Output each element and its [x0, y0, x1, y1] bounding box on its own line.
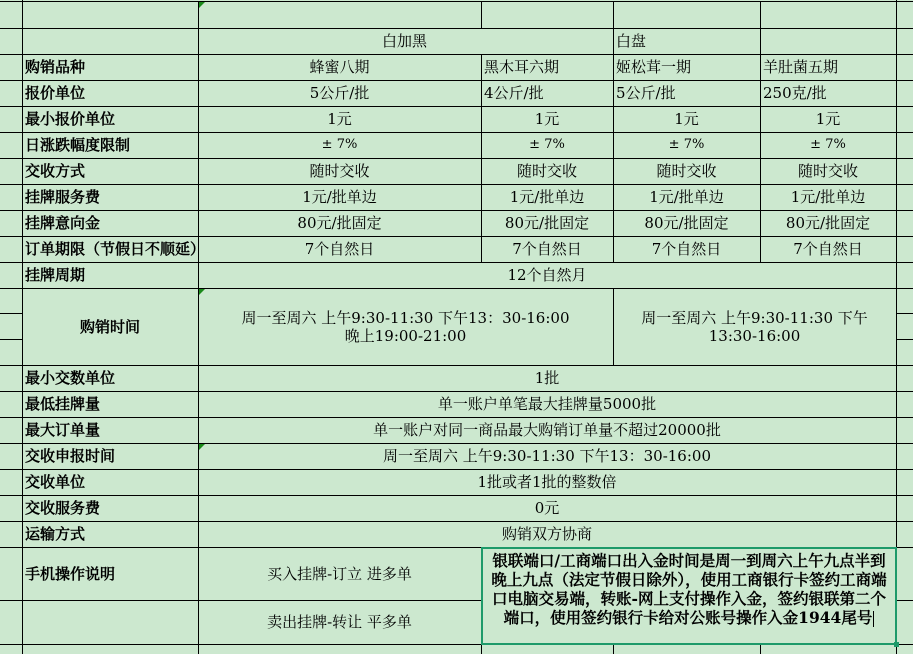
row-label-settlement-method[interactable]: 交收方式: [22, 158, 199, 185]
cell-quote-unit[interactable]: 5公斤/批: [613, 80, 761, 107]
group-header-text: 白盘: [616, 32, 646, 50]
gutter-line: [0, 236, 22, 237]
cell-delivery-fee[interactable]: 0元: [198, 495, 897, 522]
cell-listing-deposit[interactable]: 80元/批固定: [198, 210, 482, 237]
gutter-line: [0, 495, 22, 496]
cell-daily-limit[interactable]: ± 7%: [613, 132, 761, 159]
cell-empty[interactable]: [613, 2, 761, 29]
cell-min-tick[interactable]: 1元: [613, 106, 761, 133]
gutter-line: [896, 80, 913, 81]
group-header-text: 白加黑: [382, 32, 427, 50]
cell-empty[interactable]: [760, 2, 897, 29]
gutter-line: [0, 54, 22, 55]
cell-trading-time-left[interactable]: 周一至周六 上午9:30-11:30 下午13：30-16:00 晚上19:00…: [198, 288, 614, 366]
cell-mobile-ops-sell[interactable]: 卖出挂牌-转让 平多单: [198, 600, 482, 645]
row-label-delivery-fee[interactable]: 交收服务费: [22, 495, 199, 522]
gutter-line: [896, 495, 913, 496]
row-label-min-trade-unit[interactable]: 最小交数单位: [22, 365, 199, 392]
text-box-deposit-instructions[interactable]: 银联端口/工商端口出入金时间是周一到周六上午九点半到晚上九点（法定节假日除外），…: [481, 547, 897, 645]
gutter-line: [896, 313, 913, 314]
cell-order-term[interactable]: 7个自然日: [481, 236, 614, 263]
comment-marker-icon: [199, 289, 205, 295]
gutter-line: [0, 443, 22, 444]
cell-mobile-ops-buy[interactable]: 买入挂牌-订立 进多单: [198, 547, 482, 601]
gutter-line: [0, 469, 22, 470]
row-label-listing-period[interactable]: 挂牌周期: [22, 262, 199, 289]
cell-order-term[interactable]: 7个自然日: [613, 236, 761, 263]
cell-empty[interactable]: [760, 28, 897, 55]
gutter-line: [896, 158, 913, 159]
gutter-line: [0, 417, 22, 418]
cell-variety[interactable]: 羊肚菌五期: [760, 54, 897, 81]
trading-time-right-line2: 13:30-16:00: [709, 327, 801, 345]
trading-time-left-line1: 周一至周六 上午9:30-11:30 下午13：30-16:00: [242, 309, 570, 327]
gutter-line: [0, 288, 22, 289]
cell-order-term[interactable]: 7个自然日: [198, 236, 482, 263]
cell-empty[interactable]: [22, 644, 199, 654]
gutter-line: [896, 443, 913, 444]
cell-empty[interactable]: [198, 644, 482, 654]
row-label-daily-limit[interactable]: 日涨跌幅度限制: [22, 132, 199, 159]
gutter-line: [896, 262, 913, 263]
gutter-line: [896, 365, 913, 366]
row-label-max-order[interactable]: 最大订单量: [22, 417, 199, 444]
resize-handle[interactable]: [894, 642, 899, 647]
cell-listing-deposit[interactable]: 80元/批固定: [481, 210, 614, 237]
trading-time-right-line1: 周一至周六 上午9:30-11:30 下午: [641, 309, 868, 327]
cell-min-listing[interactable]: 单一账户单笔最大挂牌量5000批: [198, 391, 897, 418]
cell-variety[interactable]: 黑木耳六期: [481, 54, 614, 81]
cell-listing-fee[interactable]: 1元/批单边: [481, 184, 614, 211]
gutter-line: [896, 54, 913, 55]
cell-min-trade-unit[interactable]: 1批: [198, 365, 897, 392]
gutter-line: [0, 28, 22, 29]
gutter-line: [0, 106, 22, 107]
gutter-line: [896, 469, 913, 470]
cell-settlement-method[interactable]: 随时交收: [481, 158, 614, 185]
gutter-line: [0, 521, 22, 522]
gutter-line: [896, 106, 913, 107]
group-header-baipan[interactable]: 白盘: [613, 28, 761, 55]
gutter-line: [0, 600, 22, 601]
cell-quote-unit[interactable]: 4公斤/批: [481, 80, 614, 107]
cell-quote-unit[interactable]: 250克/批: [760, 80, 897, 107]
cell-empty[interactable]: [22, 28, 199, 55]
cell-empty[interactable]: [198, 2, 482, 29]
gutter-line: [896, 184, 913, 185]
cell-transport[interactable]: 购销双方协商: [198, 521, 897, 548]
cell-listing-fee[interactable]: 1元/批单边: [760, 184, 897, 211]
cell-settlement-method[interactable]: 随时交收: [613, 158, 761, 185]
cell-empty[interactable]: [481, 2, 614, 29]
cell-min-tick[interactable]: 1元: [198, 106, 482, 133]
text-cursor: [873, 611, 874, 627]
cell-daily-limit[interactable]: ± 7%: [198, 132, 482, 159]
cell-trading-time-right[interactable]: 周一至周六 上午9:30-11:30 下午 13:30-16:00: [613, 288, 897, 366]
gutter-line: [0, 644, 22, 645]
row-label-transport[interactable]: 运输方式: [22, 521, 199, 548]
row-label-listing-deposit[interactable]: 挂牌意向金: [22, 210, 199, 237]
gutter-line: [0, 80, 22, 81]
gutter-line: [896, 417, 913, 418]
text-box-content: 银联端口/工商端口出入金时间是周一到周六上午九点半到晚上九点（法定节假日除外），…: [491, 551, 886, 627]
row-label-min-listing[interactable]: 最低挂牌量: [22, 391, 199, 418]
row-label-delivery-unit[interactable]: 交收单位: [22, 469, 199, 496]
comment-marker-icon: [199, 444, 205, 450]
cell-empty[interactable]: [613, 644, 761, 654]
row-label-min-tick[interactable]: 最小报价单位: [22, 106, 199, 133]
cell-quote-unit[interactable]: 5公斤/批: [198, 80, 482, 107]
gutter-line: [0, 313, 22, 314]
row-label-mobile-ops[interactable]: 手机操作说明: [22, 547, 199, 601]
gutter-line: [0, 391, 22, 392]
row-label-variety[interactable]: 购销品种: [22, 54, 199, 81]
cell-variety[interactable]: 蜂蜜八期: [198, 54, 482, 81]
gutter-line: [896, 288, 913, 289]
cell-empty[interactable]: [481, 644, 614, 654]
gutter-line: [0, 262, 22, 263]
gutter-line: [896, 210, 913, 211]
row-label-trading-time[interactable]: 购销时间: [22, 288, 199, 366]
gutter-line: [0, 210, 22, 211]
cell-max-order[interactable]: 单一账户对同一商品最大购销订单量不超过20000批: [198, 417, 897, 444]
cell-delivery-unit[interactable]: 1批或者1批的整数倍: [198, 469, 897, 496]
gutter-line: [0, 132, 22, 133]
gutter-line: [896, 391, 913, 392]
cell-listing-period[interactable]: 12个自然月: [198, 262, 897, 289]
gutter-line: [896, 547, 913, 548]
cell-delivery-report-time[interactable]: 周一至周六 上午9:30-11:30 下午13：30-16:00: [198, 443, 897, 470]
gutter-line: [896, 132, 913, 133]
cell-listing-deposit[interactable]: 80元/批固定: [760, 210, 897, 237]
gutter-line: [0, 365, 22, 366]
gutter-line: [0, 158, 22, 159]
cell-listing-fee[interactable]: 1元/批单边: [613, 184, 761, 211]
cell-settlement-method[interactable]: 随时交收: [760, 158, 897, 185]
gutter-line: [896, 236, 913, 237]
cell-listing-fee[interactable]: 1元/批单边: [198, 184, 482, 211]
gutter-line: [896, 600, 913, 601]
cell-daily-limit[interactable]: ± 7%: [760, 132, 897, 159]
row-label-listing-fee[interactable]: 挂牌服务费: [22, 184, 199, 211]
comment-marker-icon: [199, 2, 205, 8]
trading-time-left-line2: 晚上19:00-21:00: [345, 327, 467, 345]
spreadsheet-grid: 白加黑 白盘 购销品种 蜂蜜八期 黑木耳六期 姬松茸一期 羊肚菌五期 报价单位 …: [0, 0, 913, 654]
cell-variety[interactable]: 姬松茸一期: [613, 54, 761, 81]
cell-min-tick[interactable]: 1元: [760, 106, 897, 133]
cell-order-term[interactable]: 7个自然日: [760, 236, 897, 263]
gutter-line: [896, 28, 913, 29]
gutter-line: [0, 184, 22, 185]
group-header-baijiahei[interactable]: 白加黑: [198, 28, 614, 55]
cell-settlement-method[interactable]: 随时交收: [198, 158, 482, 185]
cell-empty[interactable]: [22, 600, 199, 645]
row-label-delivery-report-time[interactable]: 交收申报时间: [22, 443, 199, 470]
gutter-line: [896, 521, 913, 522]
gutter-line: [0, 547, 22, 548]
cell-empty[interactable]: [760, 644, 897, 654]
cell-empty[interactable]: [22, 2, 199, 29]
cell-min-tick[interactable]: 1元: [481, 106, 614, 133]
row-label-quote-unit[interactable]: 报价单位: [22, 80, 199, 107]
gutter-line: [896, 339, 913, 340]
cell-daily-limit[interactable]: ± 7%: [481, 132, 614, 159]
cell-listing-deposit[interactable]: 80元/批固定: [613, 210, 761, 237]
gutter-line: [0, 339, 22, 340]
row-label-order-term[interactable]: 订单期限（节假日不顺延）: [22, 236, 199, 263]
